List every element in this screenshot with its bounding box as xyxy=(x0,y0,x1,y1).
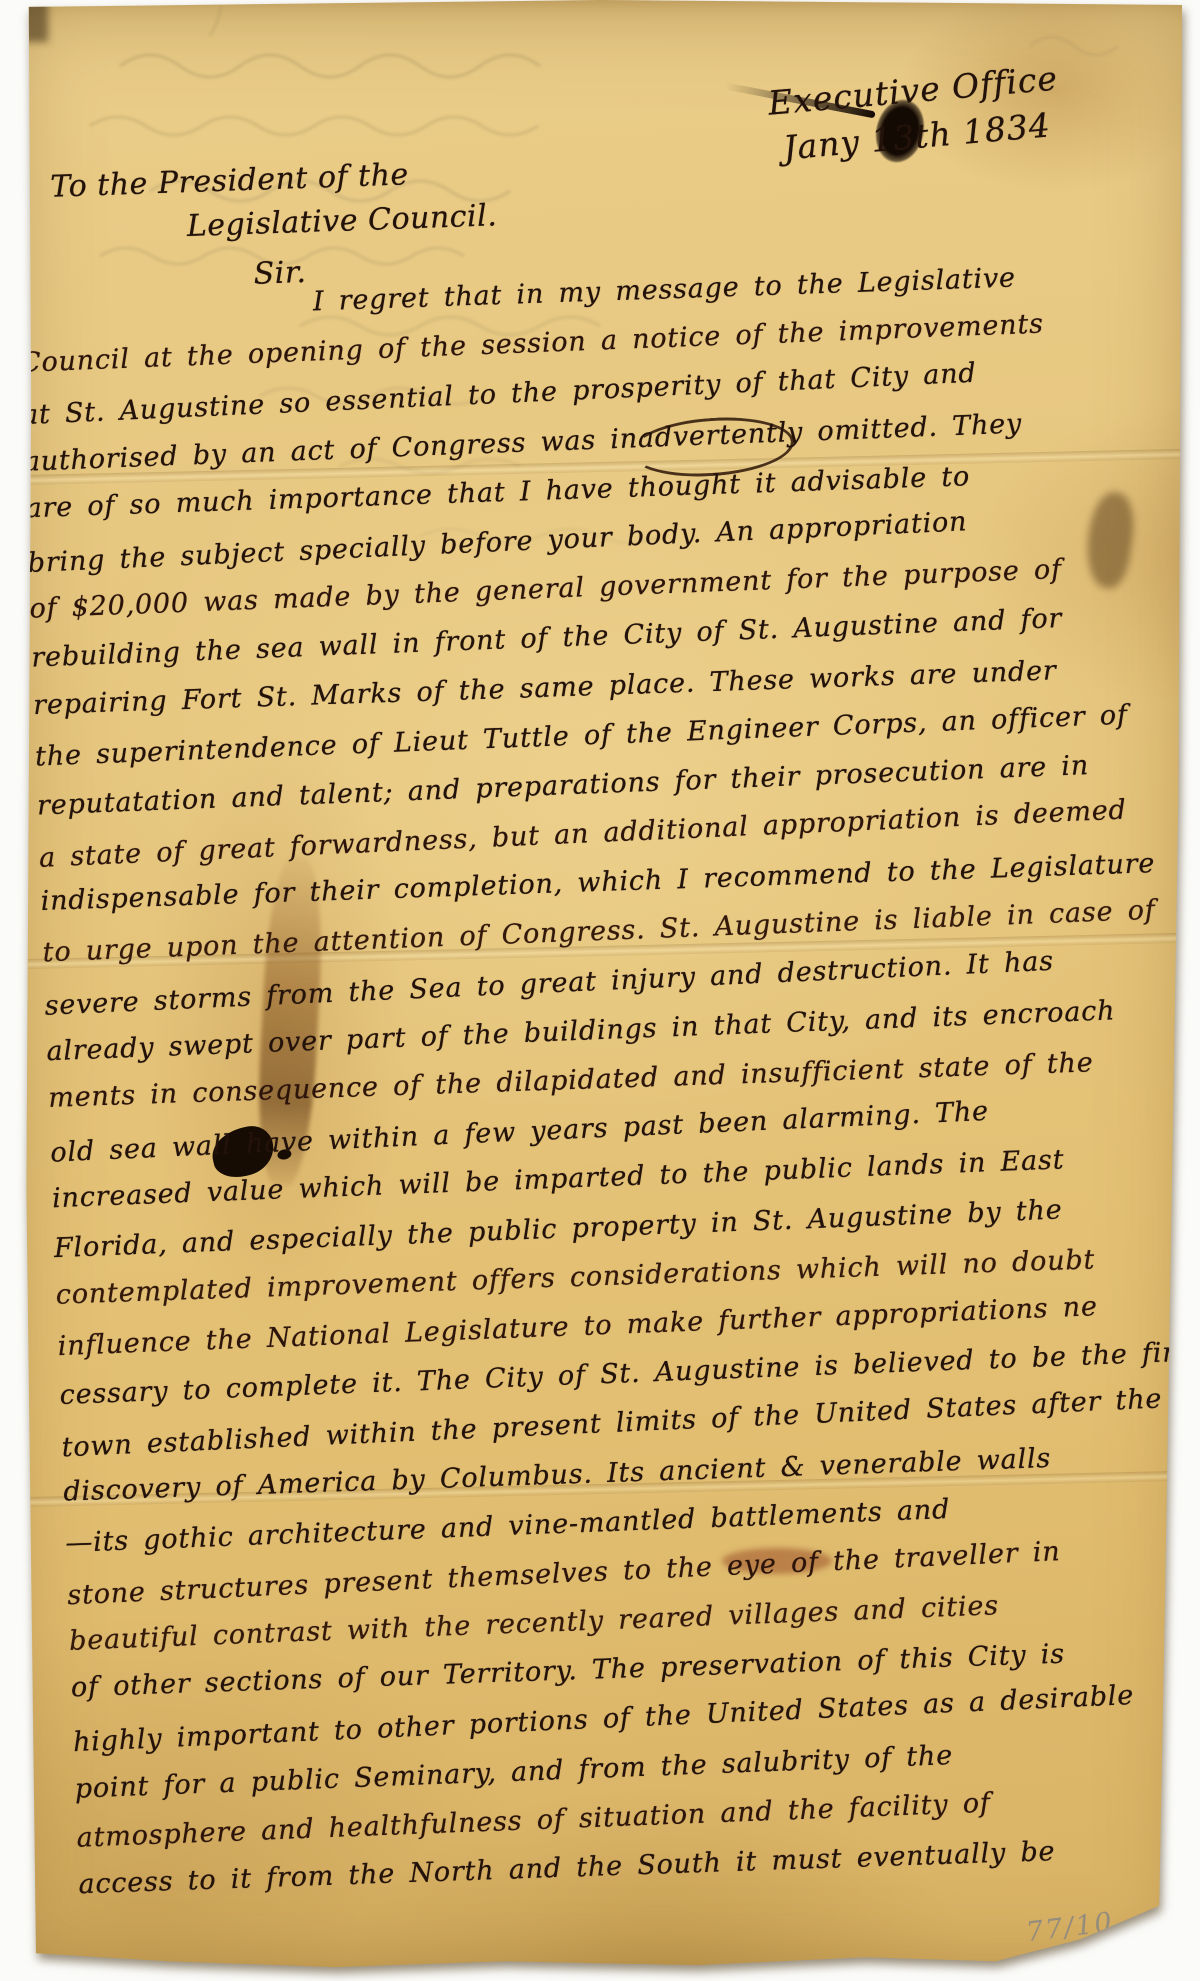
recipient-line: Legislative Council. xyxy=(186,194,498,249)
pencil-notation: 77/10 xyxy=(1024,1907,1115,1948)
scan-root: { "document": { "kind": "scanned handwri… xyxy=(0,0,1200,1981)
letter-body: I regret that in my message to the Legis… xyxy=(17,247,1186,1912)
paper-surface: Executive Office Jany 13th 1834 To the P… xyxy=(0,0,1200,1981)
paper-sheet: Executive Office Jany 13th 1834 To the P… xyxy=(0,0,1200,1981)
edge-stain xyxy=(22,0,48,42)
